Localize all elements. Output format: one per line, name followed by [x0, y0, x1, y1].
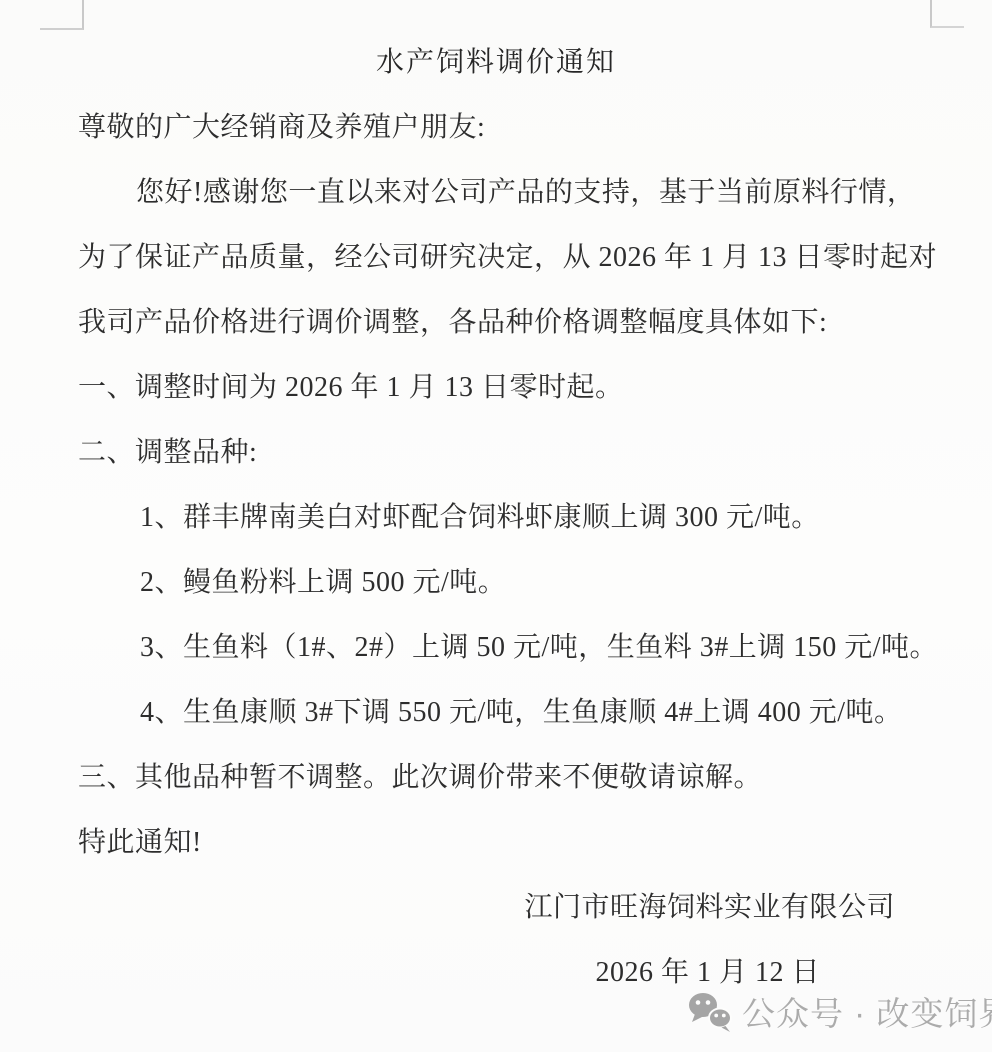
- price-item: 4、生鱼康顺 3#下调 550 元/吨，生鱼康顺 4#上调 400 元/吨。: [78, 680, 914, 745]
- section-3-other: 三、其他品种暂不调整。此次调价带来不便敬请谅解。: [78, 745, 914, 810]
- price-item: 3、生鱼料（1#、2#）上调 50 元/吨，生鱼料 3#上调 150 元/吨。: [78, 615, 914, 680]
- section-1-time: 一、调整时间为 2026 年 1 月 13 日零时起。: [78, 355, 914, 420]
- price-item: 1、群丰牌南美白对虾配合饲料虾康顺上调 300 元/吨。: [78, 485, 914, 550]
- page-corner-mark-right: [930, 0, 964, 28]
- closing: 特此通知!: [78, 810, 914, 875]
- company-signature: 江门市旺海饲料实业有限公司: [78, 875, 914, 940]
- document-photo: 水产饲料调价通知 尊敬的广大经销商及养殖户朋友: 您好!感谢您一直以来对公司产品…: [0, 0, 992, 1052]
- watermark-label: 公众号 · 改变饲界: [742, 988, 992, 1035]
- intro-line: 您好!感谢您一直以来对公司产品的支持，基于当前原料行情，: [78, 160, 914, 225]
- intro-line: 我司产品价格进行调价调整，各品种价格调整幅度具体如下:: [78, 290, 914, 355]
- notice-body: 水产饲料调价通知 尊敬的广大经销商及养殖户朋友: 您好!感谢您一直以来对公司产品…: [0, 30, 992, 1005]
- salutation: 尊敬的广大经销商及养殖户朋友:: [78, 95, 914, 160]
- price-item: 2、鳗鱼粉料上调 500 元/吨。: [78, 550, 914, 615]
- section-2-varieties: 二、调整品种:: [78, 420, 914, 485]
- intro-line: 为了保证产品质量，经公司研究决定，从 2026 年 1 月 13 日零时起对: [78, 225, 914, 290]
- page-corner-mark-left: [40, 0, 84, 30]
- wechat-icon: [688, 991, 732, 1033]
- page-title: 水产饲料调价通知: [78, 30, 914, 95]
- watermark: 公众号 · 改变饲界: [688, 988, 992, 1035]
